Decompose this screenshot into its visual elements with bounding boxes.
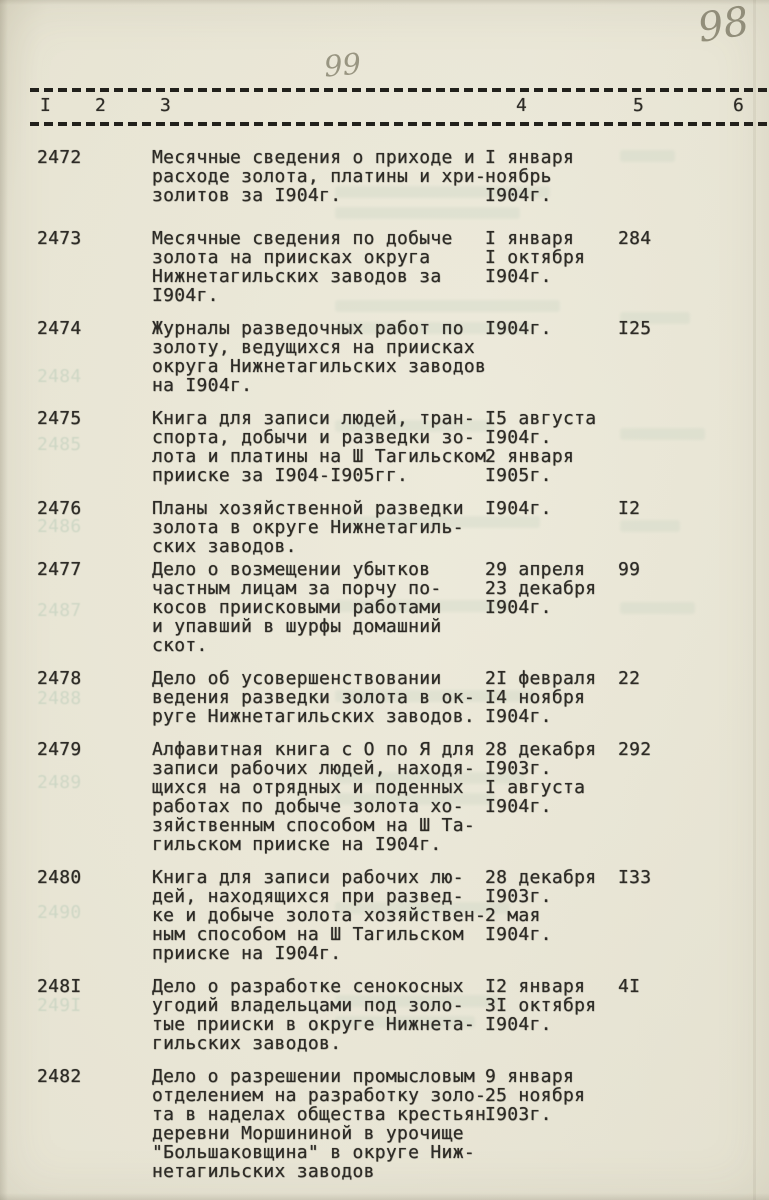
row-number: 2472 bbox=[37, 148, 152, 167]
row-dates: 29 апреля 23 декабря I904г. bbox=[485, 560, 618, 617]
handwritten-page-number-center: 99 bbox=[323, 46, 363, 83]
table-row: 2475 Книга для записи людей, тран- спорт… bbox=[37, 409, 769, 485]
archival-document-page: 2484 2485 2486 2487 2488 2489 2490 249I … bbox=[0, 0, 769, 1200]
row-number: 2480 bbox=[37, 868, 152, 887]
table-row: 248I Дело о разработке сенокосных угодий… bbox=[37, 977, 769, 1053]
row-dates: I5 августа I904г. 2 января I905г. bbox=[485, 409, 618, 485]
row-description: Книга для записи рабочих лю- дей, находя… bbox=[152, 868, 485, 963]
table-row: 2477 Дело о возмещении убытков частным л… bbox=[37, 560, 769, 655]
row-number: 2475 bbox=[37, 409, 152, 428]
column-header-4: 4 bbox=[516, 95, 527, 116]
row-dates: I января ноябрь I904г. bbox=[485, 148, 618, 205]
table-row: 2476 Планы хозяйственной разведки золота… bbox=[37, 499, 769, 556]
table-row: 2472 Месячные сведения о приходе и расхо… bbox=[37, 148, 769, 205]
table-row: 2480 Книга для записи рабочих лю- дей, н… bbox=[37, 868, 769, 963]
table-header-rule-top bbox=[30, 88, 769, 92]
row-description: Месячные сведения по добыче золота на пр… bbox=[152, 229, 485, 305]
row-sheet-count: 4I bbox=[618, 977, 769, 996]
row-number: 2479 bbox=[37, 740, 152, 759]
row-sheet-count: 22 bbox=[618, 669, 769, 688]
row-sheet-count: 284 bbox=[618, 229, 769, 248]
row-dates: I января I октября I904г. bbox=[485, 229, 618, 286]
table-row: 2482 Дело о разрешении промысловым отдел… bbox=[37, 1067, 769, 1181]
row-sheet-count: I33 bbox=[618, 868, 769, 887]
row-description: Планы хозяйственной разведки золота в ок… bbox=[152, 499, 485, 556]
row-number: 2477 bbox=[37, 560, 152, 579]
page-edge-shade-top bbox=[0, 0, 769, 5]
row-sheet-count: I2 bbox=[618, 499, 769, 518]
table-row: 2478 Дело об усовершенствовании ведения … bbox=[37, 669, 769, 726]
row-description: Дело о разрешении промысловым отделением… bbox=[152, 1067, 485, 1181]
row-description: Журналы разведочных работ по золоту, вед… bbox=[152, 319, 485, 395]
row-description: Месячные сведения о приходе и расходе зо… bbox=[152, 148, 485, 205]
row-dates: 28 декабря I903г. I августа I904г. bbox=[485, 740, 618, 816]
row-dates: I904г. bbox=[485, 499, 618, 518]
row-dates: 28 декабря I903г. 2 мая I904г. bbox=[485, 868, 618, 944]
column-header-6: 6 bbox=[733, 95, 744, 116]
row-dates: I2 января 3I октября I904г. bbox=[485, 977, 618, 1034]
table-row: 2474 Журналы разведочных работ по золоту… bbox=[37, 319, 769, 395]
row-description: Дело о разработке сенокосных угодий влад… bbox=[152, 977, 485, 1053]
row-description: Книга для записи людей, тран- спорта, до… bbox=[152, 409, 485, 485]
table-row: 2479 Алфавитная книга с О по Я для запис… bbox=[37, 740, 769, 854]
row-number: 2473 bbox=[37, 229, 152, 248]
column-header-1: I bbox=[40, 95, 51, 116]
row-dates: 2I февраля I4 ноября I904г. bbox=[485, 669, 618, 726]
row-number: 2482 bbox=[37, 1067, 152, 1086]
row-sheet-count: 99 bbox=[618, 560, 769, 579]
row-number: 2478 bbox=[37, 669, 152, 688]
row-sheet-count: 292 bbox=[618, 740, 769, 759]
handwritten-page-number-top-right: 98 bbox=[695, 0, 752, 52]
column-header-3: 3 bbox=[160, 95, 171, 116]
table-header-rule-bottom bbox=[30, 122, 769, 126]
column-header-2: 2 bbox=[95, 95, 106, 116]
row-dates: I904г. bbox=[485, 319, 618, 338]
row-description: Дело о возмещении убытков частным лицам … bbox=[152, 560, 485, 655]
inventory-rows: 2472 Месячные сведения о приходе и расхо… bbox=[0, 148, 769, 1195]
table-row: 2473 Месячные сведения по добыче золота … bbox=[37, 229, 769, 305]
row-number: 2476 bbox=[37, 499, 152, 518]
row-number: 2474 bbox=[37, 319, 152, 338]
column-header-5: 5 bbox=[633, 95, 644, 116]
row-sheet-count: I25 bbox=[618, 319, 769, 338]
row-dates: 9 января 25 ноября I903г. bbox=[485, 1067, 618, 1124]
row-description: Алфавитная книга с О по Я для записи раб… bbox=[152, 740, 485, 854]
row-description: Дело об усовершенствовании ведения разве… bbox=[152, 669, 485, 726]
row-number: 248I bbox=[37, 977, 152, 996]
